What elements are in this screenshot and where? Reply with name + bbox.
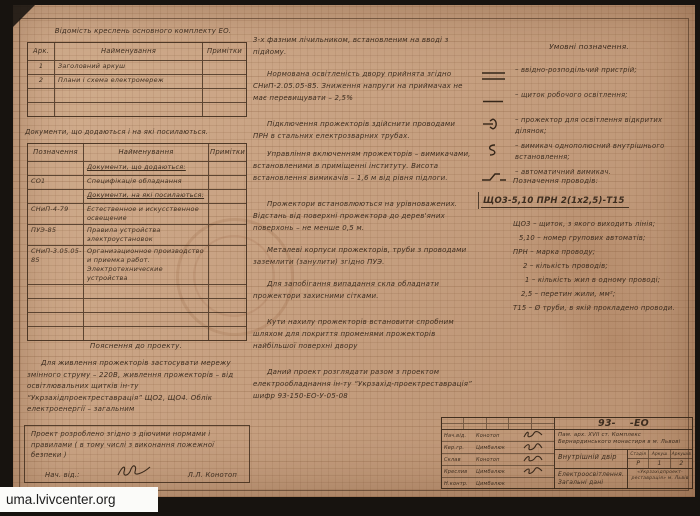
explanation-title: Пояснення до проекту. [27, 341, 245, 350]
cell-name: Заголовний аркуш [54, 61, 202, 74]
legend-item: – прожектор для освітлення відкритих діл… [481, 115, 695, 136]
signer-name: Цимбалюк [474, 469, 522, 475]
cell-code: СНиП-4-79 [28, 204, 83, 224]
wiring-formula: ЩО3-5,10 ПРН 2(1х2,5)-Т15 [481, 196, 629, 208]
legend-item: – вимикач однополюсний внутрішнього вста… [481, 141, 695, 162]
legend-item-label: – вимикач однополюсний внутрішнього вста… [515, 141, 695, 162]
legend-item: – щиток робочого освітлення; [481, 90, 695, 110]
single-pole-switch-icon [481, 141, 515, 162]
stage-header: Аркушів [671, 450, 692, 458]
scanned-sheet: Відомість креслень основного комплекту Е… [13, 5, 695, 497]
table-header-row: Позначення Найменування Примітки [28, 144, 246, 161]
legend-item-label: – ввідно-розподільчий пристрій; [515, 65, 637, 85]
cell-sheet-num: 1 [28, 61, 54, 74]
signer-name: Конотоп [474, 433, 522, 439]
legend-list: – ввідно-розподільчий пристрій; – щиток … [481, 65, 695, 192]
cell-code: СНиП-3.05.05-85 [28, 246, 83, 284]
signer-row: Креслив Цимбалюк [442, 466, 554, 478]
table-header-row: Арк. Найменування Примітки [28, 43, 246, 60]
table-row: ПУЭ-85 Правила устройства электроустанов… [28, 224, 246, 245]
table-row: 1 Заголовний аркуш [28, 60, 246, 74]
signer-row: Кер.гр. Цимбалюк [442, 442, 554, 454]
wiring-item: ПРН – марка проводу; [513, 247, 693, 257]
table-row: СНиП-3.05.05-85 Организационное производ… [28, 245, 246, 284]
wiring-designation-title: Позначення проводів: [483, 177, 695, 185]
sheet-title: Електроосвітлення. Загальні дані [555, 469, 628, 489]
approval-statement: Проект розроблено згідно з діючими норма… [31, 429, 243, 461]
signer-name: Цимбалюк [474, 445, 522, 451]
note-paragraph: Прожектори встановлюються на урівноважен… [253, 198, 472, 234]
signers-table: Нач.від. Конотоп Кер.гр. Цимбалюк Склав … [442, 430, 555, 489]
table-row-empty [28, 326, 246, 340]
signer-row: Нач.від. Конотоп [442, 430, 554, 442]
signature-icon [115, 463, 153, 479]
legend-title: Умовні позначення. [483, 42, 695, 51]
col-header-designation: Позначення [28, 144, 83, 161]
project-name: Пам. арх. XVII ст. Комплекс Бернардинськ… [555, 430, 692, 450]
corner-fold [13, 5, 35, 27]
table-row: СНиП-4-79 Естественное и искусственное о… [28, 203, 246, 224]
signature-icon [522, 430, 544, 439]
col-header-name: Найменування [54, 43, 202, 60]
table-row: СО1 Специфікація обладнання [28, 175, 246, 189]
wiring-item: 2,5 – перетин жили, мм²; [521, 289, 693, 299]
document-code: 93- -ЕО [555, 418, 692, 429]
cell-code: ПУЭ-85 [28, 225, 83, 245]
archive-source-label: uma.lvivcenter.org [0, 487, 158, 512]
table-row-empty [28, 312, 246, 326]
wiring-item: ЩО3 – щиток, з якого виходить лінія; [513, 219, 693, 229]
wiring-item: 5,10 – номер групових автоматів; [519, 233, 693, 243]
object-name: Внутрішній двір [555, 450, 628, 468]
cell-name: Естественное и искусственное освещение [83, 204, 208, 224]
signer-row: Склав Конотоп [442, 454, 554, 466]
stage-table: Стадія Аркуш Аркушів Р 1 2 [628, 450, 692, 468]
stage-value: Р [628, 459, 649, 468]
note-paragraph: Металеві корпуси прожекторів, труби з пр… [253, 244, 472, 268]
note-paragraph: Підключення прожекторів здійснити провод… [253, 118, 472, 142]
approval-sign-label: Нач. від.: [45, 471, 80, 479]
revision-grid [442, 418, 555, 429]
signer-role: Кер.гр. [442, 445, 474, 451]
col-header-name: Найменування [83, 144, 208, 161]
table-row-empty [28, 284, 246, 298]
note-paragraph: Даний проект розглядати разом з проектом… [253, 366, 472, 402]
drawings-table: Арк. Найменування Примітки 1 Заголовний … [27, 42, 247, 117]
legend-item-label: – прожектор для освітлення відкритих діл… [515, 115, 695, 136]
wiring-item: Т15 – Ø труби, в якій прокладено проводи… [513, 303, 693, 313]
signer-name: Конотоп [474, 457, 522, 463]
cell-name: Специфікація обладнання [83, 176, 208, 189]
stage-value: 2 [671, 459, 692, 468]
signer-role: Нач.від. [442, 433, 474, 439]
wiring-designation-list: ЩО3 – щиток, з якого виходить лінія; 5,1… [513, 219, 693, 317]
lighting-panel-icon [481, 90, 515, 110]
documents-table: Позначення Найменування Примітки Докумен… [27, 143, 247, 341]
drawings-list-title: Відомість креслень основного комплекту Е… [41, 27, 245, 35]
note-paragraph: Нормована освітленість двору прийнята зг… [253, 68, 472, 104]
title-block: 93- -ЕО Нач.від. Конотоп Кер.гр. Цимбалю… [441, 417, 693, 489]
cell-name: Плани і схема електромереж [54, 75, 202, 88]
wiring-item: 1 – кількість жил в одному проводі; [525, 275, 693, 285]
signer-row: Н.контр. Цимбалюк [442, 478, 554, 489]
col-header-sheet: Арк. [28, 43, 54, 60]
signer-name: Цимбалюк [474, 481, 522, 487]
col-header-notes: Примітки [208, 144, 246, 161]
cell-notes [202, 61, 246, 74]
explanation-paragraph: Для живлення прожекторів застосувати мер… [27, 358, 245, 416]
col-header-notes: Примітки [202, 43, 246, 60]
approval-sign-name: Л.Л. Конотоп [188, 471, 237, 479]
stage-header: Аркуш [649, 450, 670, 458]
cell-name: Организационное производство и приемка р… [83, 246, 208, 284]
signer-role: Н.контр. [442, 481, 474, 487]
stage-value: 1 [649, 459, 670, 468]
signature-icon [522, 466, 544, 475]
note-paragraph: Для запобігання випадання скла обладнати… [253, 278, 472, 302]
distribution-device-icon [481, 65, 515, 85]
note-paragraph: Кути нахилу прожекторів встановити спроб… [253, 316, 472, 352]
note-paragraph: Управління включенням прожекторів – вими… [253, 148, 472, 184]
signature-icon [522, 442, 544, 451]
organization-name: «Укрзахідпроект-реставрація» м. Львів [628, 469, 692, 489]
signer-role: Склав [442, 457, 474, 463]
cell-name: Документи, що додаються: [83, 162, 208, 175]
signature-icon [522, 454, 544, 463]
note-paragraph: 3-х фазним лічильником, встановленим на … [253, 34, 472, 58]
table-row-empty [28, 102, 246, 116]
table-row: Документи, що додаються: [28, 161, 246, 175]
documents-table-title: Документи, що додаються і на які посилаю… [25, 128, 249, 136]
table-row-empty [28, 298, 246, 312]
wiring-item: 2 – кількість проводів; [523, 261, 693, 271]
notes-column: 3-х фазним лічильником, встановленим на … [253, 34, 472, 402]
table-row: 2 Плани і схема електромереж [28, 74, 246, 88]
legend-item: – ввідно-розподільчий пристрій; [481, 65, 695, 85]
cell-sheet-num: 2 [28, 75, 54, 88]
stage-header: Стадія [628, 450, 649, 458]
cell-name: Правила устройства электроустановок [83, 225, 208, 245]
cell-notes [202, 75, 246, 88]
cell-name: Документи, на які посилаються: [83, 190, 208, 203]
legend-item-label: – щиток робочого освітлення; [515, 90, 628, 110]
table-row: Документи, на які посилаються: [28, 189, 246, 203]
table-row-empty [28, 88, 246, 102]
floodlight-icon [481, 115, 515, 136]
approval-box: Проект розроблено згідно з діючими норма… [24, 425, 250, 483]
signer-role: Креслив [442, 469, 474, 475]
cell-code: СО1 [28, 176, 83, 189]
